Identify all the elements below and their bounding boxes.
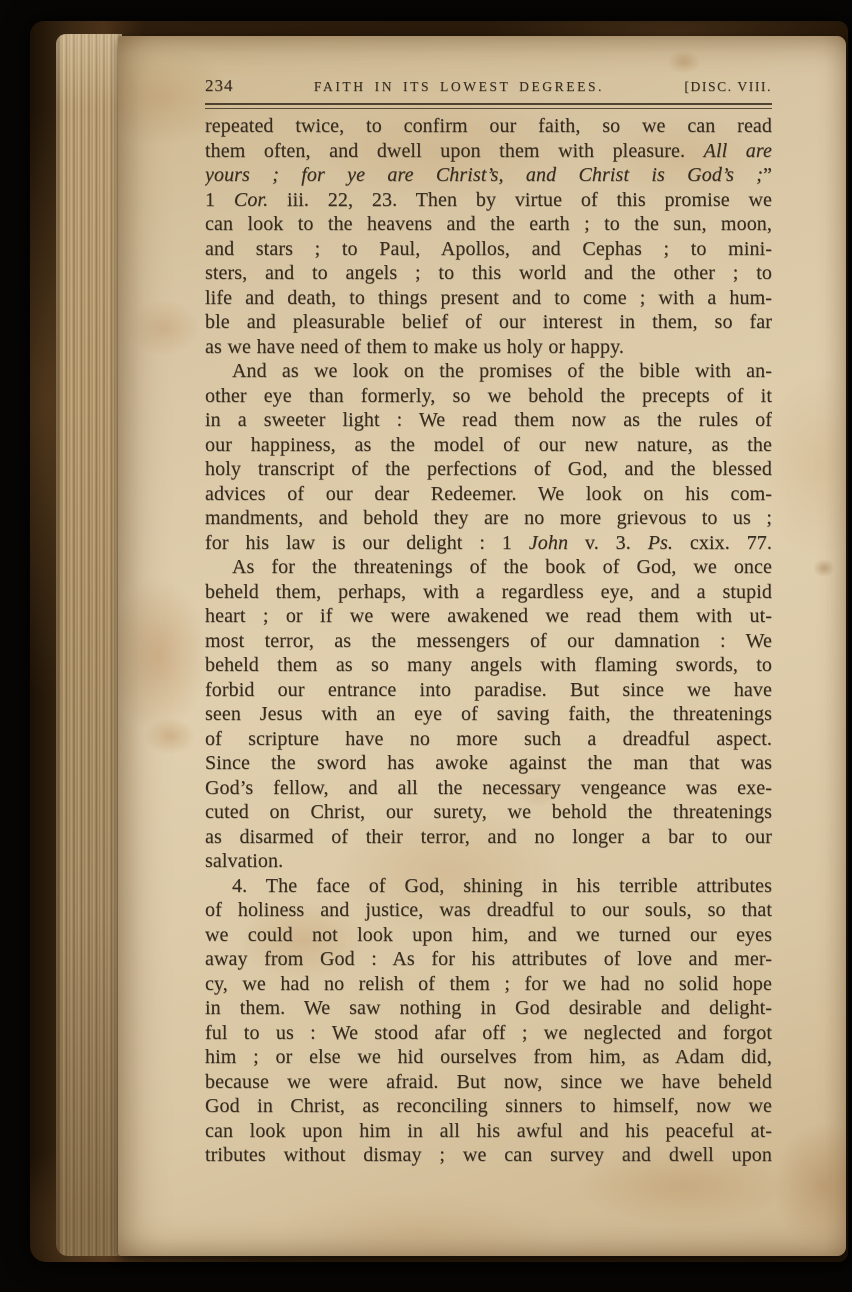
- text-line: of scripture have no more such a dreadfu…: [205, 727, 772, 752]
- text-line: cuted on Christ, our surety, we behold t…: [205, 800, 772, 825]
- text-line: for his law is our delight : 1 John v. 3…: [205, 531, 772, 556]
- text-line: ful to us : We stood afar off ; we negle…: [205, 1021, 772, 1046]
- text-line: other eye than formerly, so we behold th…: [205, 384, 772, 409]
- body-text: can look to the heavens and the earth ; …: [205, 213, 772, 235]
- text-line: ble and pleasurable belief of our intere…: [205, 310, 772, 335]
- body-text: cuted on Christ, our surety, we behold t…: [205, 801, 772, 823]
- body-text: tributes without dismay ; we can survey …: [205, 1144, 772, 1166]
- body-text: repeated twice, to confirm our faith, so…: [205, 115, 772, 137]
- body-text: As for the threatenings of the book of G…: [232, 556, 772, 578]
- text-line: heart ; or if we were awakened we read t…: [205, 604, 772, 629]
- text-line: them often, and dwell upon them with ple…: [205, 139, 772, 164]
- body-text: God’s fellow, and all the necessary veng…: [205, 777, 772, 799]
- italic-text: yours ; for ye are Christ’s, and Christ …: [205, 164, 763, 186]
- text-line: tributes without dismay ; we can survey …: [205, 1143, 772, 1168]
- text-line: sters, and to angels ; to this world and…: [205, 261, 772, 286]
- text-line: cy, we had no relish of them ; for we ha…: [205, 972, 772, 997]
- text-line: beheld them as so many angels with flami…: [205, 653, 772, 678]
- text-line: in them. We saw nothing in God desirable…: [205, 996, 772, 1021]
- text-line: of holiness and justice, was dreadful to…: [205, 898, 772, 923]
- body-text: of holiness and justice, was dreadful to…: [205, 899, 772, 921]
- body-text: iii. 22, 23. Then by virtue of this prom…: [268, 189, 772, 211]
- body-text: advices of our dear Redeemer. We look on…: [205, 483, 772, 505]
- body-text: beheld them, perhaps, with a regardless …: [205, 581, 772, 603]
- page-number: 234: [205, 76, 234, 96]
- text-line: 1 Cor. iii. 22, 23. Then by virtue of th…: [205, 188, 772, 213]
- body-text: our happiness, as the model of our new n…: [205, 434, 772, 456]
- body-text: sters, and to angels ; to this world and…: [205, 262, 772, 284]
- text-line: Since the sword has awoke against the ma…: [205, 751, 772, 776]
- double-rule: [205, 103, 772, 109]
- body-text: beheld them as so many angels with flami…: [205, 654, 772, 676]
- text-line: forbid our entrance into paradise. But s…: [205, 678, 772, 703]
- body-text: heart ; or if we were awakened we read t…: [205, 605, 772, 627]
- text-line: And as we look on the promises of the bi…: [205, 359, 772, 384]
- text-line: beheld them, perhaps, with a regardless …: [205, 580, 772, 605]
- body-text: away from God : As for his attributes of…: [205, 948, 772, 970]
- page-header: 234 FAITH IN ITS LOWEST DEGREES. [DISC. …: [205, 76, 772, 96]
- body-text: ”: [763, 164, 772, 186]
- italic-text: John: [529, 532, 568, 554]
- body-text: most terror, as the messengers of our da…: [205, 630, 772, 652]
- text-line: we could not look upon him, and we turne…: [205, 923, 772, 948]
- text-line: can look to the heavens and the earth ; …: [205, 212, 772, 237]
- body-text: as we have need of them to make us holy …: [205, 336, 624, 358]
- text-line: seen Jesus with an eye of saving faith, …: [205, 702, 772, 727]
- body-text: him ; or else we hid ourselves from him,…: [205, 1046, 772, 1068]
- text-line: advices of our dear Redeemer. We look on…: [205, 482, 772, 507]
- text-line: salvation.: [205, 849, 772, 874]
- text-line: God’s fellow, and all the necessary veng…: [205, 776, 772, 801]
- body-text: salvation.: [205, 850, 283, 872]
- body-text: can look upon him in all his awful and h…: [205, 1120, 772, 1142]
- body-text: Since the sword has awoke against the ma…: [205, 752, 772, 774]
- body-text: holy transcript of the perfections of Go…: [205, 458, 772, 480]
- body-text: seen Jesus with an eye of saving faith, …: [205, 703, 772, 725]
- body-text: as disarmed of their terror, and no long…: [205, 826, 772, 848]
- body-text: other eye than formerly, so we behold th…: [205, 385, 772, 407]
- body-text: in a sweeter light : We read them now as…: [205, 409, 772, 431]
- text-line: As for the threatenings of the book of G…: [205, 555, 772, 580]
- body-text: of scripture have no more such a dreadfu…: [205, 728, 772, 750]
- body-text: v. 3.: [568, 532, 648, 554]
- text-line: mandments, and behold they are no more g…: [205, 506, 772, 531]
- body-text: them often, and dwell upon them with ple…: [205, 140, 704, 162]
- body-text: in them. We saw nothing in God desirable…: [205, 997, 772, 1019]
- body-text: because we were afraid. But now, since w…: [205, 1071, 772, 1093]
- text-line: him ; or else we hid ourselves from him,…: [205, 1045, 772, 1070]
- text-line: away from God : As for his attributes of…: [205, 947, 772, 972]
- running-title: FAITH IN ITS LOWEST DEGREES.: [314, 79, 604, 95]
- body-text: cy, we had no relish of them ; for we ha…: [205, 973, 772, 995]
- body-text: 4. The face of God, shining in his terri…: [232, 875, 772, 897]
- text-line: repeated twice, to confirm our faith, so…: [205, 114, 772, 139]
- text-block: repeated twice, to confirm our faith, so…: [205, 114, 772, 1168]
- text-line: can look upon him in all his awful and h…: [205, 1119, 772, 1144]
- page-edge-stack: [56, 34, 122, 1256]
- text-line: in a sweeter light : We read them now as…: [205, 408, 772, 433]
- body-text: And as we look on the promises of the bi…: [232, 360, 772, 382]
- body-text: we could not look upon him, and we turne…: [205, 924, 772, 946]
- text-line: as we have need of them to make us holy …: [205, 335, 772, 360]
- page-content: 234 FAITH IN ITS LOWEST DEGREES. [DISC. …: [118, 36, 846, 1256]
- italic-text: All are: [704, 140, 772, 162]
- italic-text: Cor.: [234, 189, 268, 211]
- text-line: yours ; for ye are Christ’s, and Christ …: [205, 163, 772, 188]
- text-line: most terror, as the messengers of our da…: [205, 629, 772, 654]
- discourse-label: [DISC. VIII.: [684, 79, 772, 95]
- body-text: 1: [205, 189, 234, 211]
- body-text: and stars ; to Paul, Apollos, and Cephas…: [205, 238, 772, 260]
- text-line: our happiness, as the model of our new n…: [205, 433, 772, 458]
- text-line: God in Christ, as reconciling sinners to…: [205, 1094, 772, 1119]
- paper-page: 234 FAITH IN ITS LOWEST DEGREES. [DISC. …: [118, 36, 846, 1256]
- text-line: and stars ; to Paul, Apollos, and Cephas…: [205, 237, 772, 262]
- body-text: for his law is our delight : 1: [205, 532, 529, 554]
- text-line: because we were afraid. But now, since w…: [205, 1070, 772, 1095]
- body-text: mandments, and behold they are no more g…: [205, 507, 772, 529]
- body-text: God in Christ, as reconciling sinners to…: [205, 1095, 772, 1117]
- text-line: 4. The face of God, shining in his terri…: [205, 874, 772, 899]
- body-text: ful to us : We stood afar off ; we negle…: [205, 1022, 772, 1044]
- text-line: as disarmed of their terror, and no long…: [205, 825, 772, 850]
- body-text: forbid our entrance into paradise. But s…: [205, 679, 772, 701]
- body-text: cxix. 77.: [673, 532, 772, 554]
- text-line: life and death, to things present and to…: [205, 286, 772, 311]
- text-line: holy transcript of the perfections of Go…: [205, 457, 772, 482]
- body-text: ble and pleasurable belief of our intere…: [205, 311, 772, 333]
- body-text: life and death, to things present and to…: [205, 287, 772, 309]
- italic-text: Ps.: [648, 532, 673, 554]
